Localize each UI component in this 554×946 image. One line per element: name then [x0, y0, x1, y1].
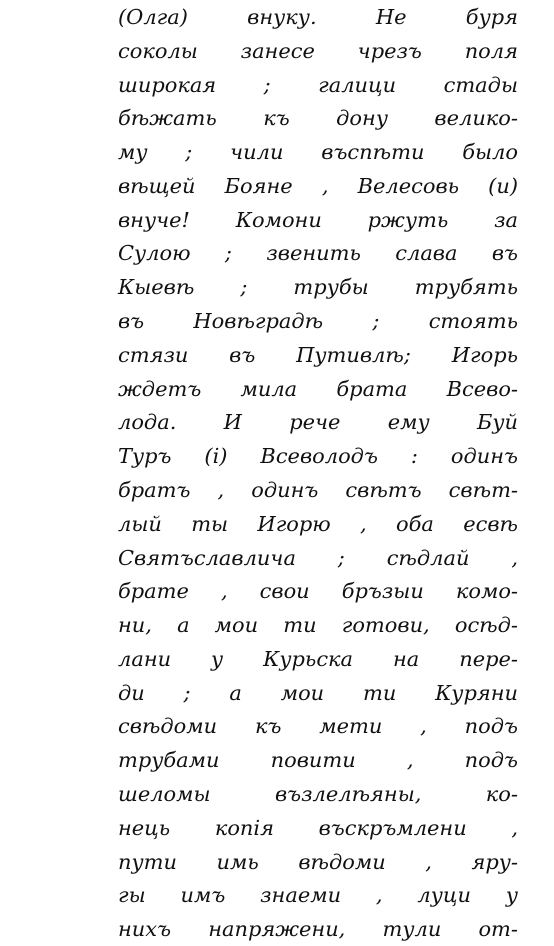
text-line: брате , свои бръзыи комо- [118, 575, 518, 609]
text-line: стязи въ Путивлѣ; Игорь [118, 339, 518, 373]
text-line: Кыевѣ ; трубы трубять [118, 271, 518, 305]
text-line: (Олга) внуку. Не буря [118, 1, 518, 35]
text-line: трубами повити , подъ [118, 744, 518, 778]
text-line: бѣжать къ дону велико- [118, 102, 518, 136]
text-line: лый ты Игорю , оба есвѣ [118, 508, 518, 542]
text-line: ждетъ мила брата Всево- [118, 373, 518, 407]
text-line: ни, а мои ти готови, осѣд- [118, 609, 518, 643]
text-line: нець копія въскръмлени , [118, 812, 518, 846]
book-page-text: (Олга) внуку. Не бурясоколы занесе чрезъ… [118, 0, 518, 946]
text-line: шеломы възлелѣяны, ко- [118, 778, 518, 812]
text-line: широкая ; галици стады [118, 69, 518, 103]
text-line: внуче! Комони ржуть за [118, 204, 518, 238]
text-line: въ Новѣградѣ ; стоять [118, 305, 518, 339]
text-line: Сулою ; звенить слава въ [118, 237, 518, 271]
text-line: пути имь вѣдоми , яру- [118, 846, 518, 880]
text-line: лани у Курьска на пере- [118, 643, 518, 677]
text-line: нихъ напряжени, тули от- [118, 913, 518, 946]
text-line: вѣщей Бояне , Велесовь (и) [118, 170, 518, 204]
text-line: соколы занесе чрезъ поля [118, 35, 518, 69]
text-line: братъ , одинъ свѣтъ свѣт- [118, 474, 518, 508]
text-line: му ; чили въспѣти было [118, 136, 518, 170]
text-line: Туръ (і) Всеволодъ : одинъ [118, 440, 518, 474]
text-line: ди ; а мои ти Куряни [118, 677, 518, 711]
text-line: гы имъ знаеми , луци у [118, 879, 518, 913]
text-line: лода. И рече ему Буй [118, 406, 518, 440]
text-line: свѣдоми къ мети , подъ [118, 710, 518, 744]
text-line: Святъславлича ; сѣдлай , [118, 542, 518, 576]
